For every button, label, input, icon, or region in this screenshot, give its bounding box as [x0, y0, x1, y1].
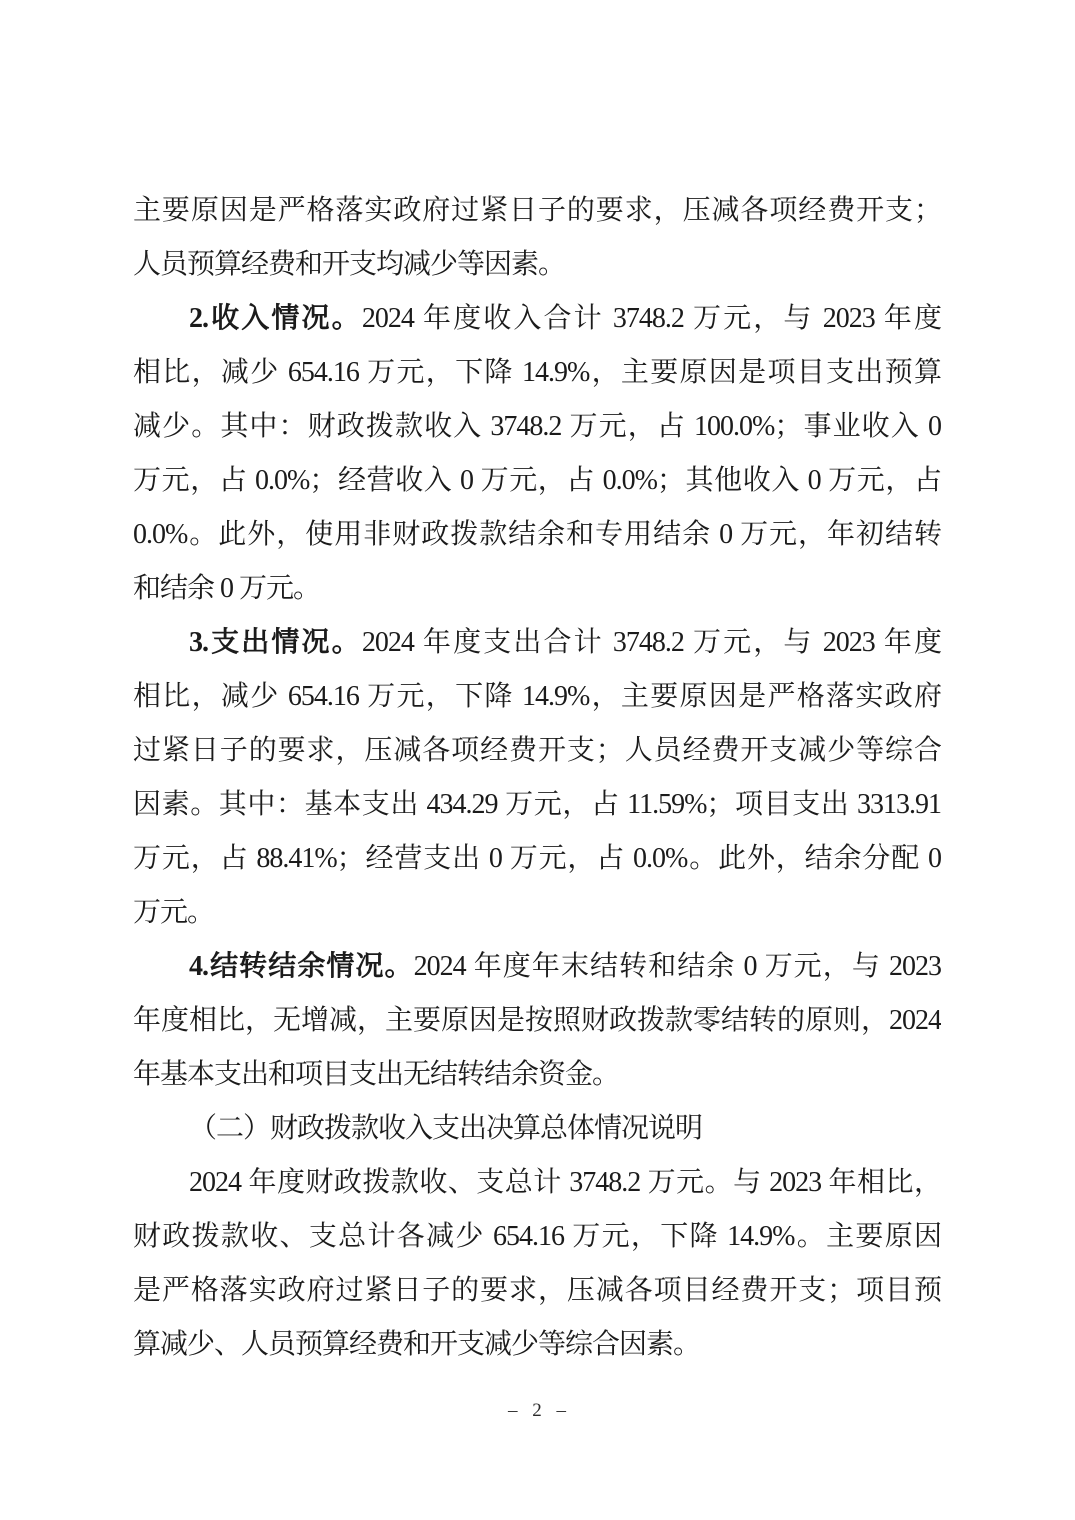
line-text: 相比，减少 654.16 万元，下降 14.9%，主要原因是严格落实政府 [133, 681, 941, 712]
line-text: 过紧日子的要求，压减各项经费开支；人员经费开支减少等综合 [133, 735, 941, 766]
line-text: 相比，减少 654.16 万元，下降 14.9%，主要原因是项目支出预算 [133, 357, 941, 388]
line-text: 年度相比，无增减，主要原因是按照财政拨款零结转的原则，2024 [133, 1005, 941, 1036]
line-text: 因素。其中：基本支出 434.29 万元，占 11.59%；项目支出 3313.… [133, 789, 941, 820]
section-heading: 3.支出情况。 [189, 627, 362, 658]
text-line: 财政拨款收、支总计各减少 654.16 万元，下降 14.9%。主要原因 [133, 1210, 941, 1264]
text-line: 4.结转结余情况。2024 年度年末结转和结余 0 万元，与 2023 [133, 940, 941, 994]
text-line: 人员预算经费和开支均减少等因素。 [133, 238, 941, 292]
text-line: 3.支出情况。2024 年度支出合计 3748.2 万元，与 2023 年度 [133, 616, 941, 670]
text-line: 0.0%。此外，使用非财政拨款结余和专用结余 0 万元，年初结转 [133, 508, 941, 562]
section-heading: 4.结转结余情况。 [189, 951, 414, 982]
line-text: 万元，占 88.41%；经营支出 0 万元，占 0.0%。此外，结余分配 0 [133, 843, 941, 874]
text-line: 2.收入情况。2024 年度收入合计 3748.2 万元，与 2023 年度 [133, 292, 941, 346]
text-line: 年度相比，无增减，主要原因是按照财政拨款零结转的原则，2024 [133, 994, 941, 1048]
text-line: 算减少、人员预算经费和开支减少等综合因素。 [133, 1318, 941, 1372]
text-line: 万元。 [133, 886, 941, 940]
line-text: 万元，占 0.0%；经营收入 0 万元，占 0.0%；其他收入 0 万元，占 [133, 465, 941, 496]
line-text: 财政拨款收、支总计各减少 654.16 万元，下降 14.9%。主要原因 [133, 1221, 941, 1252]
line-text: 2024 年度财政拨款收、支总计 3748.2 万元。与 2023 年相比， [189, 1167, 941, 1198]
line-text: 和结余 0 万元。 [133, 573, 320, 604]
line-text: （二）财政拨款收入支出决算总体情况说明 [189, 1113, 702, 1144]
line-text: 0.0%。此外，使用非财政拨款结余和专用结余 0 万元，年初结转 [133, 519, 941, 550]
line-text: 2024 年度收入合计 3748.2 万元，与 2023 年度 [362, 303, 941, 334]
text-line: 2024 年度财政拨款收、支总计 3748.2 万元。与 2023 年相比， [133, 1156, 941, 1210]
section-heading: 2.收入情况。 [189, 303, 362, 334]
line-text: 算减少、人员预算经费和开支减少等综合因素。 [133, 1329, 700, 1360]
document-page: 主要原因是严格落实政府过紧日子的要求，压减各项经费开支；人员预算经费和开支均减少… [0, 0, 1075, 1520]
text-line: 相比，减少 654.16 万元，下降 14.9%，主要原因是严格落实政府 [133, 670, 941, 724]
line-text: 减少。其中：财政拨款收入 3748.2 万元，占 100.0%；事业收入 0 [133, 411, 941, 442]
text-line: 年基本支出和项目支出无结转结余资金。 [133, 1048, 941, 1102]
text-line: 相比，减少 654.16 万元，下降 14.9%，主要原因是项目支出预算 [133, 346, 941, 400]
text-line: 万元，占 88.41%；经营支出 0 万元，占 0.0%。此外，结余分配 0 [133, 832, 941, 886]
text-line: 减少。其中：财政拨款收入 3748.2 万元，占 100.0%；事业收入 0 [133, 400, 941, 454]
document-body: 主要原因是严格落实政府过紧日子的要求，压减各项经费开支；人员预算经费和开支均减少… [133, 184, 941, 1372]
line-text: 是严格落实政府过紧日子的要求，压减各项目经费开支；项目预 [133, 1275, 941, 1306]
text-line: 过紧日子的要求，压减各项经费开支；人员经费开支减少等综合 [133, 724, 941, 778]
line-text: 2024 年度年末结转和结余 0 万元，与 2023 [414, 951, 941, 982]
line-text: 年基本支出和项目支出无结转结余资金。 [133, 1059, 619, 1090]
line-text: 人员预算经费和开支均减少等因素。 [133, 249, 565, 280]
line-text: 主要原因是严格落实政府过紧日子的要求，压减各项经费开支； [133, 195, 941, 226]
text-line: 因素。其中：基本支出 434.29 万元，占 11.59%；项目支出 3313.… [133, 778, 941, 832]
line-text: 2024 年度支出合计 3748.2 万元，与 2023 年度 [362, 627, 941, 658]
text-line: 是严格落实政府过紧日子的要求，压减各项目经费开支；项目预 [133, 1264, 941, 1318]
text-line: 和结余 0 万元。 [133, 562, 941, 616]
text-line: 万元，占 0.0%；经营收入 0 万元，占 0.0%；其他收入 0 万元，占 [133, 454, 941, 508]
subsection-heading-line: （二）财政拨款收入支出决算总体情况说明 [133, 1102, 941, 1156]
page-number: – 2 – [0, 1400, 1075, 1422]
line-text: 万元。 [133, 897, 214, 928]
text-line: 主要原因是严格落实政府过紧日子的要求，压减各项经费开支； [133, 184, 941, 238]
